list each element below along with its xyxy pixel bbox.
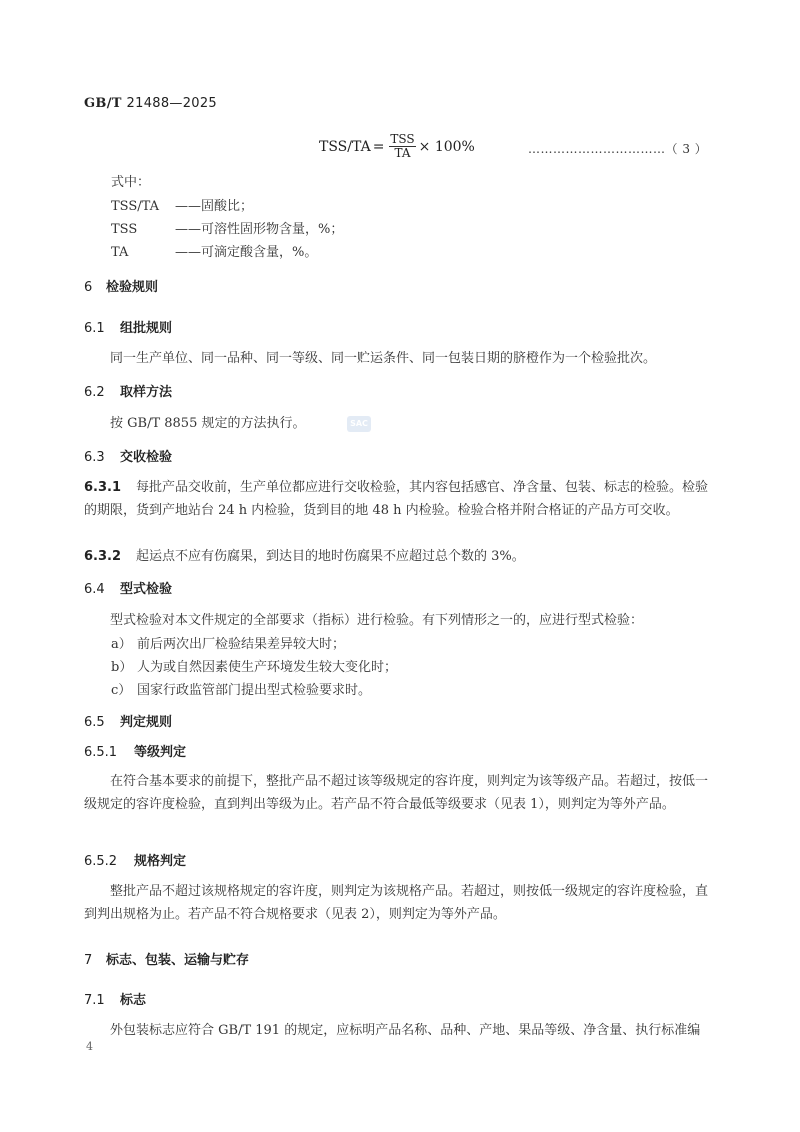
list-label: c） [111, 679, 137, 698]
standard-prefix: GB/T [84, 96, 122, 111]
section-title: 取样方法 [120, 385, 172, 400]
section-title: 等级判定 [134, 745, 186, 760]
standard-code: 21488—2025 [127, 96, 217, 111]
list-text: 前后两次出厂检验结果差异较大时； [137, 637, 345, 652]
paragraph: 按 GB/T 8855 规定的方法执行。 [84, 412, 714, 435]
section-heading-6-4: 6.4型式检验 [84, 578, 172, 597]
section-title: 检验规则 [106, 280, 158, 295]
formula-lhs: TSS/TA [319, 139, 371, 155]
section-number: 6.1 [84, 321, 120, 336]
numerator: TSS [389, 133, 415, 147]
section-number: 6.5.2 [84, 854, 134, 869]
paragraph: 整批产品不超过该规格规定的容许度，则判定为该规格产品。若超过，则按低一级规定的容… [84, 880, 714, 926]
clause-number: 6.3.2 [84, 545, 136, 568]
section-number: 6.5 [84, 715, 120, 730]
section-number: 6.5.1 [84, 745, 134, 760]
clause-6-3-1: 6.3.1每批产品交收前，生产单位都应进行交收检验，其内容包括感官、净含量、包装… [84, 476, 714, 522]
section-title: 交收检验 [120, 450, 172, 465]
paragraph: 同一生产单位、同一品种、同一等级、同一贮运条件、同一包装日期的脐橙作为一个检验批… [84, 347, 714, 370]
section-heading-6-5: 6.5判定规则 [84, 711, 172, 730]
symbol: TA [111, 245, 175, 260]
section-heading-6-5-1: 6.5.1等级判定 [84, 741, 186, 760]
section-heading-7-1: 7.1标志 [84, 989, 146, 1008]
list-label: b） [111, 656, 137, 675]
list-text: 人为或自然因素使生产环境发生较大变化时； [137, 660, 397, 675]
equation-number: ……………………………（ 3 ） [528, 140, 707, 157]
where-item: TSS——可溶性固形物含量，%； [111, 218, 343, 237]
desc: ——可溶性固形物含量，%； [175, 222, 343, 237]
desc: ——可滴定酸含量，%。 [175, 245, 317, 260]
list-item: b）人为或自然因素使生产环境发生较大变化时； [111, 656, 397, 675]
section-title: 标志、包装、运输与贮存 [106, 953, 249, 968]
list-label: a） [111, 633, 137, 652]
section-title: 组批规则 [120, 321, 172, 336]
section-title: 判定规则 [120, 715, 172, 730]
section-number: 7.1 [84, 993, 120, 1008]
where-item: TA——可滴定酸含量，%。 [111, 241, 317, 260]
section-heading-6-3: 6.3交收检验 [84, 446, 172, 465]
page-number: 4 [86, 1040, 93, 1053]
list-text: 国家行政监管部门提出型式检验要求时。 [137, 683, 371, 698]
paragraph: 型式检验对本文件规定的全部要求（指标）进行检验。有下列情形之一的，应进行型式检验… [84, 609, 714, 632]
section-heading-6: 6检验规则 [84, 276, 158, 295]
formula-eq: = [373, 139, 385, 155]
symbol: TSS [111, 222, 175, 237]
list-item: c）国家行政监管部门提出型式检验要求时。 [111, 679, 371, 698]
sac-watermark-logo: SAC [347, 416, 371, 432]
section-heading-7: 7标志、包装、运输与贮存 [84, 949, 249, 968]
denominator: TA [395, 147, 411, 160]
document-header: GB/T 21488—2025 [84, 96, 217, 111]
section-number: 6.4 [84, 582, 120, 597]
paragraph: 外包装标志应符合 GB/T 191 的规定，应标明产品名称、品种、产地、果品等级… [84, 1019, 714, 1042]
formula: TSS/TA = TSS TA × 100% [319, 133, 475, 160]
fraction: TSS TA [389, 133, 415, 160]
clause-text: 起运点不应有伤腐果，到达目的地时伤腐果不应超过总个数的 3%。 [136, 549, 525, 564]
symbol: TSS/TA [111, 199, 175, 214]
section-heading-6-5-2: 6.5.2规格判定 [84, 850, 186, 869]
formula-times: × 100% [419, 139, 475, 155]
where-item: TSS/TA——固酸比； [111, 195, 253, 214]
section-number: 6.3 [84, 450, 120, 465]
section-number: 6 [84, 280, 106, 295]
where-label: 式中： [111, 171, 150, 190]
section-title: 型式检验 [120, 582, 172, 597]
section-title: 标志 [120, 993, 146, 1008]
section-heading-6-2: 6.2取样方法 [84, 381, 172, 400]
paragraph: 在符合基本要求的前提下，整批产品不超过该等级规定的容许度，则判定为该等级产品。若… [84, 770, 714, 816]
clause-6-3-2: 6.3.2起运点不应有伤腐果，到达目的地时伤腐果不应超过总个数的 3%。 [84, 545, 714, 568]
section-title: 规格判定 [134, 854, 186, 869]
section-number: 7 [84, 953, 106, 968]
list-item: a）前后两次出厂检验结果差异较大时； [111, 633, 345, 652]
section-heading-6-1: 6.1组批规则 [84, 317, 172, 336]
section-number: 6.2 [84, 385, 120, 400]
desc: ——固酸比； [175, 199, 253, 214]
clause-text: 每批产品交收前，生产单位都应进行交收检验，其内容包括感官、净含量、包装、标志的检… [84, 480, 708, 518]
clause-number: 6.3.1 [84, 476, 136, 499]
